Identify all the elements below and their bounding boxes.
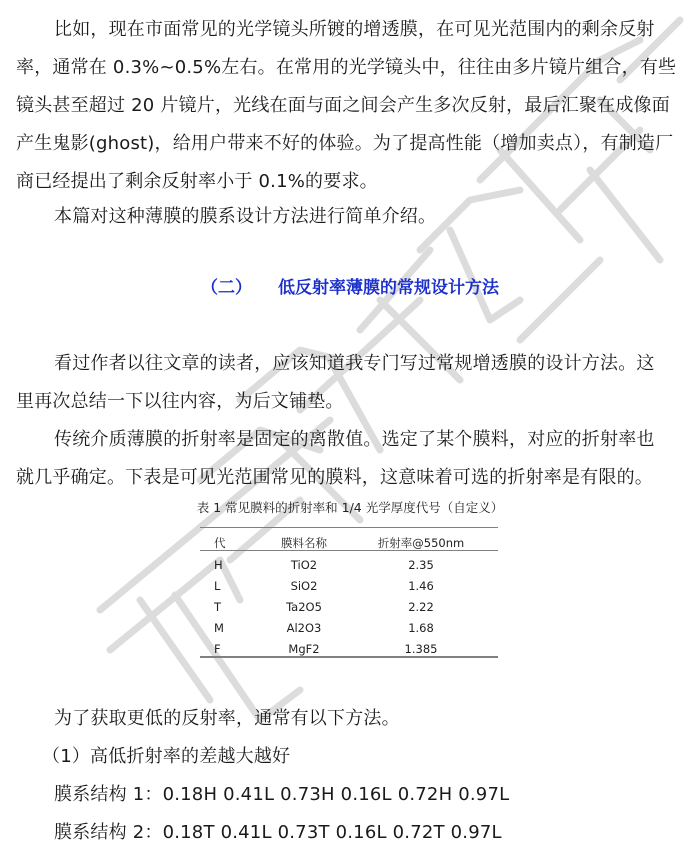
- cell-code: H: [214, 558, 223, 572]
- table-row: F MgF2 1.385: [200, 635, 498, 656]
- paragraph-intro-line-1: 比如，现在市面常见的光学镜头所镀的增透膜，在可见光范围内的剩余反射: [16, 11, 686, 49]
- cell-material: Al2O3: [287, 621, 322, 635]
- cell-code: L: [214, 579, 220, 593]
- table-header-row: 代 膜料名称 折射率@550nm: [200, 528, 498, 551]
- cell-index: 1.46: [408, 579, 434, 593]
- paragraph-methods-intro: 为了获取更低的反射率，通常有以下方法。: [16, 700, 686, 738]
- paragraph-intro-line-3: 镜头甚至超过 20 片镜片，光线在面与面之间会产生多次反射，最后汇聚在成像面: [16, 87, 686, 125]
- header-material: 膜料名称: [281, 536, 327, 550]
- film-structure-2: 膜系结构 2：0.18T 0.41L 0.73T 0.16L 0.72T 0.9…: [16, 814, 686, 852]
- table-caption: 表 1 常见膜料的折射率和 1/4 光学厚度代号（自定义）: [0, 500, 700, 516]
- paragraph-recap-line-2: 里再次总结一下以往内容，为后文铺垫。: [16, 383, 686, 421]
- paragraph-materials-line-1: 传统介质薄膜的折射率是固定的离散值。选定了某个膜料，对应的折射率也: [16, 421, 686, 459]
- header-code: 代: [214, 536, 226, 550]
- cell-index: 2.35: [408, 558, 434, 572]
- cell-material: MgF2: [288, 642, 319, 656]
- cell-index: 1.68: [408, 621, 434, 635]
- materials-table: 代 膜料名称 折射率@550nm H TiO2 2.35 L SiO2 1.46…: [200, 527, 498, 658]
- section-title: 低反射率薄膜的常规设计方法: [278, 278, 499, 298]
- paragraph-recap-line-1: 看过作者以往文章的读者，应该知道我专门写过常规增透膜的设计方法。这: [16, 345, 686, 383]
- section-heading: （二）低反射率薄膜的常规设计方法: [0, 276, 700, 300]
- paragraph-intro-line-4: 产生鬼影(ghost)，给用户带来不好的体验。为了提高性能（增加卖点），有制造厂: [16, 125, 686, 163]
- table-row: M Al2O3 1.68: [200, 614, 498, 635]
- film-structure-1: 膜系结构 1：0.18H 0.41L 0.73H 0.16L 0.72H 0.9…: [16, 776, 686, 814]
- method-1-heading: （1）高低折射率的差越大越好: [42, 738, 700, 776]
- cell-index: 1.385: [405, 642, 438, 656]
- table-row: L SiO2 1.46: [200, 572, 498, 593]
- cell-code: F: [214, 642, 221, 656]
- cell-index: 2.22: [408, 600, 434, 614]
- cell-material: SiO2: [291, 579, 318, 593]
- cell-material: TiO2: [291, 558, 317, 572]
- table-row: T Ta2O5 2.22: [200, 593, 498, 614]
- cell-code: T: [214, 600, 221, 614]
- header-index: 折射率@550nm: [378, 536, 464, 550]
- table-row: H TiO2 2.35: [200, 551, 498, 572]
- section-number: （二）: [201, 278, 252, 298]
- cell-code: M: [214, 621, 224, 635]
- paragraph-intro-line-5: 商已经提出了剩余反射率小于 0.1%的要求。: [16, 163, 686, 201]
- cell-material: Ta2O5: [286, 600, 322, 614]
- paragraph-intro-line-2: 率，通常在 0.3%~0.5%左右。在常用的光学镜头中，往往由多片镜片组合，有些: [16, 49, 686, 87]
- paragraph-materials-line-2: 就几乎确定。下表是可见光范围常见的膜料，这意味着可选的折射率是有限的。: [16, 459, 686, 497]
- paragraph-purpose: 本篇对这种薄膜的膜系设计方法进行简单介绍。: [16, 198, 686, 236]
